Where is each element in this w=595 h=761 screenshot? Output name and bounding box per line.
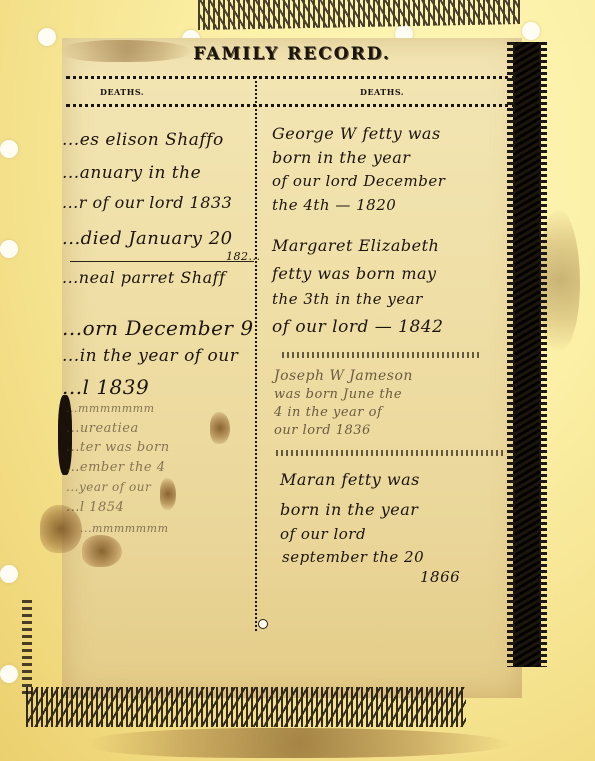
decorative-top-border bbox=[198, 0, 520, 30]
handwritten-line: ...l 1839 bbox=[62, 375, 149, 399]
handwritten-line: George W fetty was bbox=[272, 124, 441, 143]
handwritten-line: ...ember the 4 bbox=[66, 460, 165, 475]
decorative-bottom-border bbox=[26, 687, 466, 727]
handwritten-line: ...mmmmmmm bbox=[66, 402, 155, 415]
entry-flourish bbox=[282, 352, 482, 358]
water-stain bbox=[210, 412, 230, 444]
handwritten-line: ...orn December 9 bbox=[62, 316, 254, 340]
water-stain bbox=[160, 478, 176, 510]
handwritten-line: the 3th in the year bbox=[272, 290, 423, 308]
handwritten-line: of our lord bbox=[280, 525, 366, 543]
handwritten-line: the 4th — 1820 bbox=[272, 196, 396, 214]
handwritten-line: ...in the year of our bbox=[62, 346, 238, 366]
header-bottom-rule bbox=[66, 104, 516, 107]
handwritten-line: was born June the bbox=[274, 387, 402, 402]
punch-hole bbox=[0, 665, 18, 683]
handwritten-line: our lord 1836 bbox=[274, 423, 371, 438]
handwritten-line: born in the year bbox=[280, 500, 418, 519]
punch-hole bbox=[0, 140, 18, 158]
handwritten-line: ...anuary in the bbox=[62, 163, 201, 183]
handwritten-line: of our lord December bbox=[272, 172, 445, 190]
handwritten-line: ...died January 20 bbox=[62, 228, 233, 249]
handwritten-line: fetty was born may bbox=[272, 264, 437, 283]
water-stain bbox=[82, 535, 122, 567]
handwritten-line: Maran fetty was bbox=[280, 470, 420, 489]
handwritten-line: ...year of our bbox=[66, 480, 151, 494]
handwritten-line: ...es elison Shaffo bbox=[62, 130, 224, 150]
handwritten-line: Joseph W Jameson bbox=[274, 368, 413, 384]
handwritten-line: of our lord — 1842 bbox=[272, 317, 443, 337]
handwritten-line: born in the year bbox=[272, 148, 410, 167]
handwritten-line: 4 in the year of bbox=[274, 405, 382, 420]
water-stain bbox=[90, 728, 510, 758]
punch-hole bbox=[0, 240, 18, 258]
handwritten-line: september the 20 bbox=[282, 548, 424, 566]
handwritten-line: ...r of our lord 1833 bbox=[62, 193, 232, 212]
punch-hole bbox=[38, 28, 56, 46]
decorative-left-border bbox=[22, 600, 32, 695]
page-title: FAMILY RECORD. bbox=[62, 44, 522, 64]
handwritten-line: ...mmmmmmm bbox=[80, 522, 169, 535]
column-header-deaths-left: DEATHS. bbox=[100, 87, 144, 97]
handwritten-line: 1866 bbox=[420, 568, 460, 586]
entry-flourish bbox=[276, 450, 506, 456]
column-divider bbox=[255, 76, 257, 631]
handwritten-line: ...neal parret Shaff bbox=[62, 268, 225, 287]
punch-hole bbox=[522, 22, 540, 40]
handwritten-line: ...ureatiea bbox=[66, 421, 139, 436]
handwritten-line: ...ter was born bbox=[66, 440, 170, 455]
decorative-right-border bbox=[513, 42, 541, 667]
punch-hole bbox=[0, 565, 18, 583]
header-top-rule bbox=[66, 76, 516, 79]
handwritten-line: Margaret Elizabeth bbox=[272, 236, 439, 255]
column-header-deaths-right: DEATHS. bbox=[360, 87, 404, 97]
entry-divider bbox=[70, 261, 254, 262]
handwritten-line: ...l 1854 bbox=[66, 500, 124, 515]
column-divider-knob bbox=[258, 619, 268, 629]
